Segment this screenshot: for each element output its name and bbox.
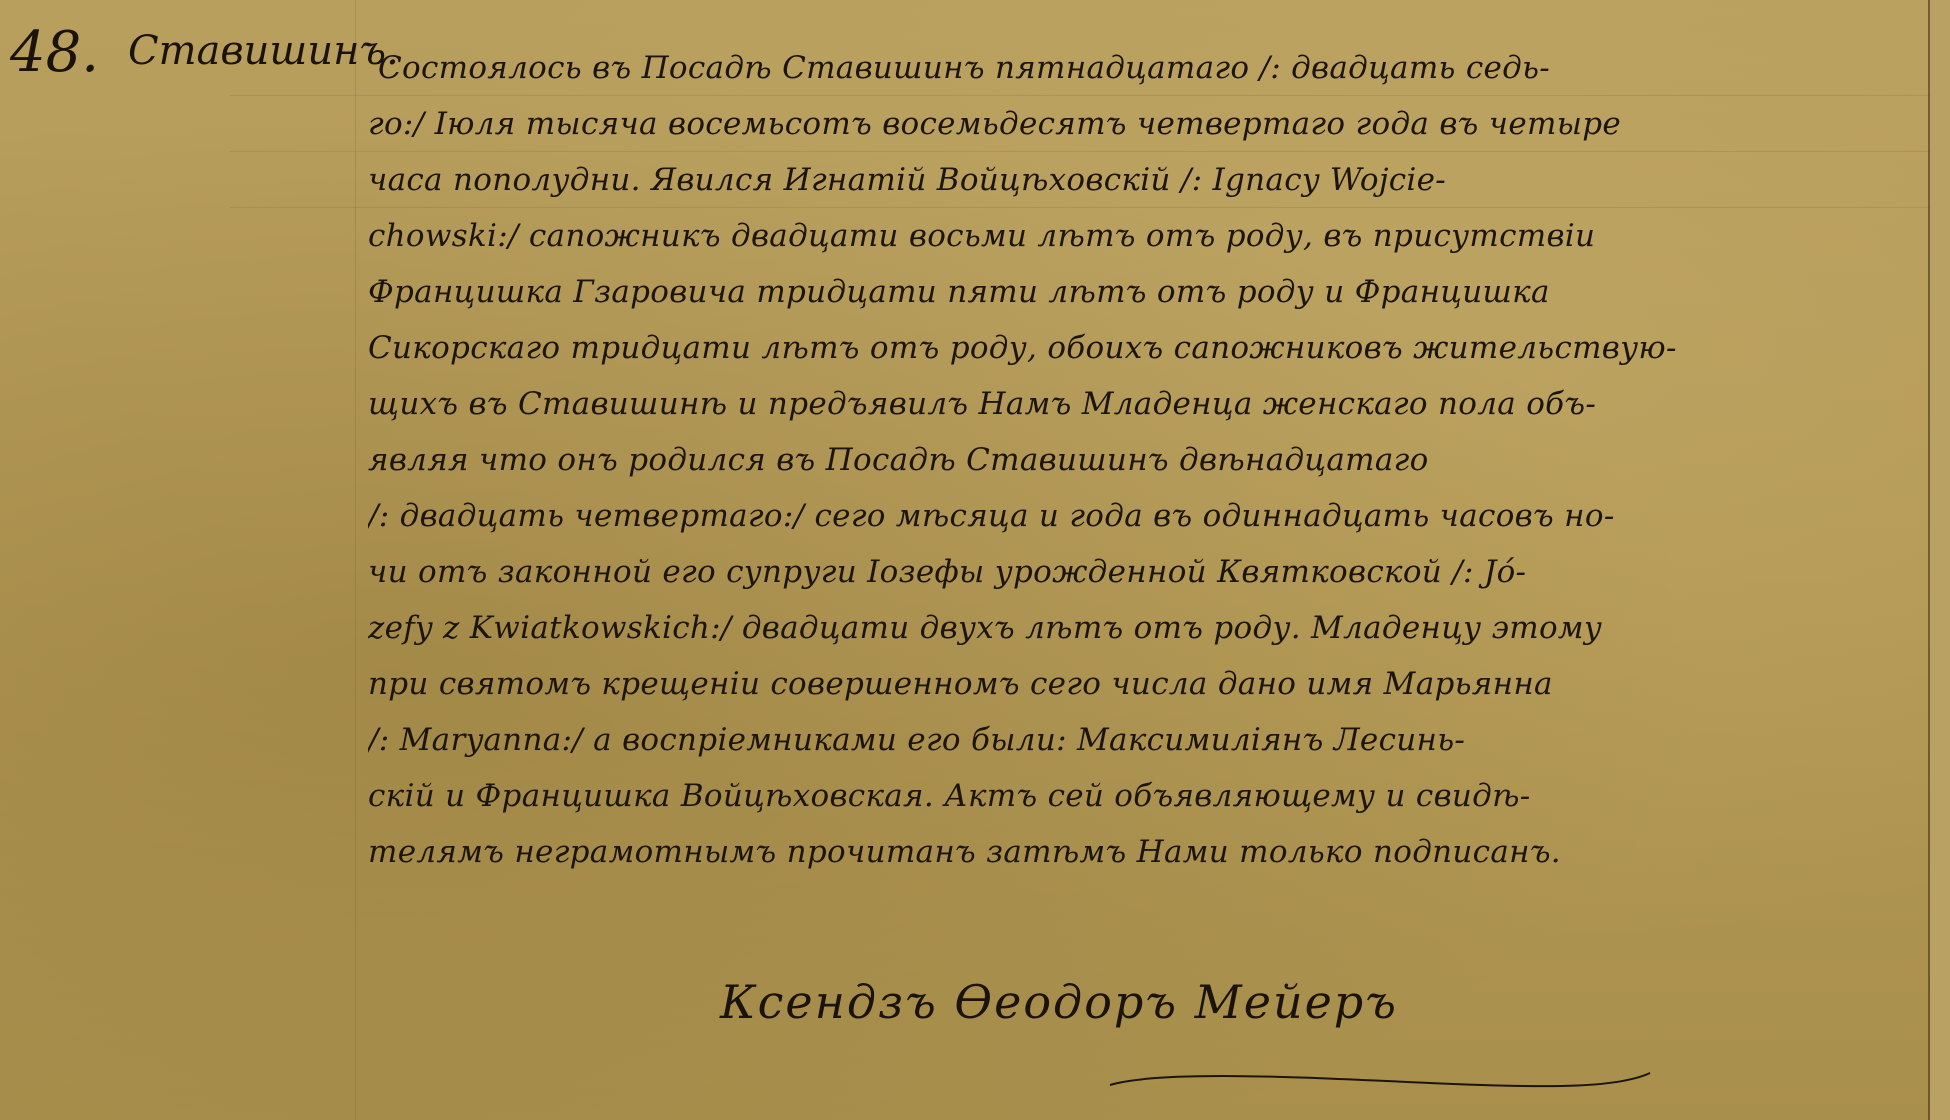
text-line: телямъ неграмотнымъ прочитанъ затѣмъ Нам… xyxy=(368,824,1928,880)
document-page: 48. Ставишинъ. Состоялось въ Посадѣ Став… xyxy=(0,0,1950,1120)
text-line: го:/ Іюля тысяча восемьсотъ восемьдесятъ… xyxy=(368,96,1928,152)
text-line: при святомъ крещеніи совершенномъ сего ч… xyxy=(368,656,1928,712)
text-line: /: Maryanna:/ а воспріемниками его были:… xyxy=(368,712,1928,768)
priest-signature: Ксендзъ Өеодоръ Мейеръ xyxy=(720,975,1398,1029)
text-line: Францишка Гзаровича тридцати пяти лѣтъ о… xyxy=(368,264,1928,320)
text-line: чи отъ законной его супруги Іозефы урожд… xyxy=(368,544,1928,600)
text-line: являя что онъ родился въ Посадѣ Ставишин… xyxy=(368,432,1928,488)
adjacent-page-strip xyxy=(1930,0,1950,1120)
record-text: Состоялось въ Посадѣ Ставишинъ пятнадцат… xyxy=(368,40,1928,880)
text-line: Состоялось въ Посадѣ Ставишинъ пятнадцат… xyxy=(368,40,1928,96)
text-line: часа пополудни. Явился Игнатій Войцѣховс… xyxy=(368,152,1928,208)
text-line: Сикорскаго тридцати лѣтъ отъ роду, обоих… xyxy=(368,320,1928,376)
text-line: chowski:/ сапожникъ двадцати восьми лѣтъ… xyxy=(368,208,1928,264)
text-line: zefy z Kwiatkowskich:/ двадцати двухъ лѣ… xyxy=(368,600,1928,656)
text-line: щихъ въ Ставишинѣ и предъявилъ Намъ Млад… xyxy=(368,376,1928,432)
place-heading: Ставишинъ. xyxy=(128,28,399,74)
text-line: /: двадцать четвертаго:/ сего мѣсяца и г… xyxy=(368,488,1928,544)
entry-number: 48. xyxy=(10,20,99,85)
margin-rule xyxy=(355,0,356,1120)
text-line: скій и Францишка Войцѣховская. Актъ сей … xyxy=(368,768,1928,824)
signature-flourish xyxy=(1100,1065,1660,1095)
